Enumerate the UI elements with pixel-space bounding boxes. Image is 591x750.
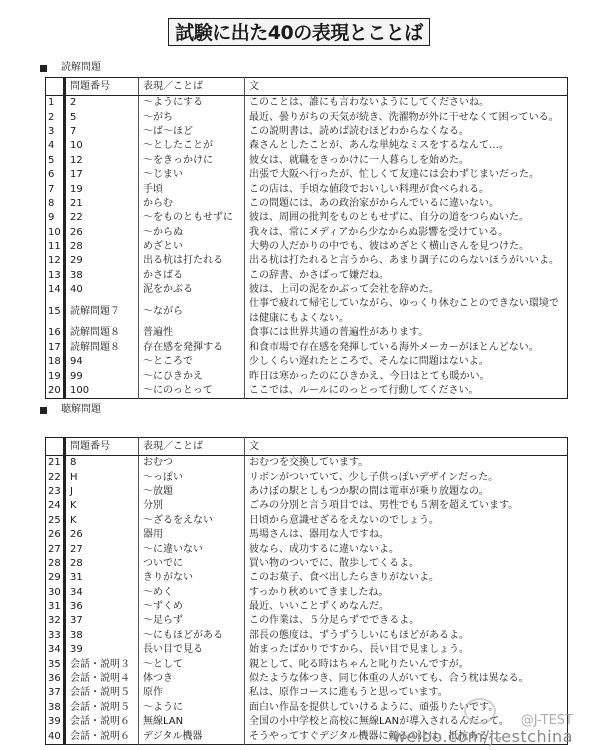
table-row: 2931きりがないこのお菓子、食べ出したらきりがないよ。 <box>46 571 568 585</box>
table-row: 3136～ずくめ最近、いいことずくめなんだ。 <box>46 600 568 614</box>
expression: 原作 <box>139 686 245 700</box>
row-number: 16 <box>46 326 65 340</box>
question-number: 28 <box>65 240 139 254</box>
question-number: 100 <box>65 384 139 399</box>
example-sentence: 彼女は、就職をきっかけに一人暮らしを始めた。 <box>245 154 568 168</box>
example-sentence: 親として、叱る時はちゃんと叱りたいんですが。 <box>245 657 568 671</box>
header-expression: 表現／ことば <box>139 78 245 96</box>
question-number: 会話・説明６ <box>65 715 139 729</box>
table-row: 2727～に違いない彼なら、成功するに違いないよ。 <box>46 542 568 556</box>
row-number: 38 <box>46 701 65 715</box>
table-row: 22H～っぽいリボンがついていて、少し子供っぽいデザインだった。 <box>46 470 568 484</box>
table-row: 922～をものともせずに彼は、周囲の批判をものともせずに、自分の道をつらぬいた。 <box>46 211 568 225</box>
table-row: 35会話・説明３～として親として、叱る時はちゃんと叱りたいんですが。 <box>46 657 568 671</box>
expression: 体つき <box>139 672 245 686</box>
table-row: 1999～にひきかえ昨日は寒かったのにひきかえ、今日はとても暖かい。 <box>46 369 568 383</box>
table-row: 1229出る杭は打たれる出る杭は打たれると言うから、あまり調子にのらないほうがい… <box>46 254 568 268</box>
question-number: 12 <box>65 154 139 168</box>
example-sentence: 日頃から意識せざるをえないのでしょう。 <box>245 514 568 528</box>
question-number: 26 <box>65 528 139 542</box>
example-sentence: 昨日は寒かったのにひきかえ、今日はとても暖かい。 <box>245 369 568 383</box>
example-sentence: 始まったばかりですから、長い目で見ましょう。 <box>245 643 568 657</box>
question-number: 会話・説明５ <box>65 701 139 715</box>
question-number: 40 <box>65 283 139 297</box>
question-number: 27 <box>65 542 139 556</box>
expression: きりがない <box>139 571 245 585</box>
example-sentence: 出張で大阪へ行ったが、忙しくて友達には会わずじまいだった。 <box>245 168 568 182</box>
expression: ～がち <box>139 110 245 124</box>
question-number: 17 <box>65 168 139 182</box>
example-sentence: 少しくらい遅れたところで、そんなに問題はないよ。 <box>245 355 568 369</box>
question-number: K <box>65 499 139 513</box>
expression: 分別 <box>139 499 245 513</box>
example-sentence: 食事には世界共通の普遍性があります。 <box>245 326 568 340</box>
table-row: 37会話・説明５原作私は、原作コースに進もうと思っています。 <box>46 686 568 700</box>
question-number: H <box>65 470 139 484</box>
expression: ～をものともせずに <box>139 211 245 225</box>
question-number: K <box>65 514 139 528</box>
question-number: 22 <box>65 211 139 225</box>
expression: 出る杭は打たれる <box>139 254 245 268</box>
table-row: 1894～ところで少しくらい遅れたところで、そんなに問題はないよ。 <box>46 355 568 369</box>
table-row: 512～をきっかけに彼女は、就職をきっかけに一人暮らしを始めた。 <box>46 154 568 168</box>
row-number: 11 <box>46 240 65 254</box>
table-row: 1440泥をかぶる彼は、上司の泥をかぶって会社を辞めた。 <box>46 283 568 297</box>
question-number: 10 <box>65 139 139 153</box>
expression: 長い目で見る <box>139 643 245 657</box>
row-number: 25 <box>46 514 65 528</box>
expression: ～じまい <box>139 168 245 182</box>
expression: ～ば～ほど <box>139 125 245 139</box>
question-number: 読解問題８ <box>65 341 139 355</box>
table-row: 2828ついでに買い物のついでに、散歩してくるよ。 <box>46 557 568 571</box>
table-row: 20100～にのっとってここでは、ルールにのっとって行動してください。 <box>46 384 568 399</box>
table-row: 17読解問題８存在感を発揮する和食市場で存在感を発揮している海外メーカーがほとん… <box>46 341 568 355</box>
example-sentence: 我々は、常にメディアから少なからぬ影響を受けている。 <box>245 226 568 240</box>
example-sentence: 買い物のついでに、散歩してくるよ。 <box>245 557 568 571</box>
expression: 手頃 <box>139 182 245 196</box>
header-sentence: 文 <box>245 78 568 96</box>
row-number: 15 <box>46 297 65 326</box>
expression: めざとい <box>139 240 245 254</box>
expression: 泥をかぶる <box>139 283 245 297</box>
example-sentence: 森さんとしたことが、あんな単純なミスをするなんて…。 <box>245 139 568 153</box>
row-number: 3 <box>46 125 65 139</box>
table-row: 16読解問題８普遍性食事には世界共通の普遍性があります。 <box>46 326 568 340</box>
table-row: 37～ば～ほどこの説明書は、読めば読むほどわからなくなる。 <box>46 125 568 139</box>
row-number: 34 <box>46 643 65 657</box>
reading-expressions-table: 問題番号 表現／ことば 文 12～ようにするこのことは、誰にも言わないようにして… <box>45 77 568 399</box>
row-number: 33 <box>46 629 65 643</box>
example-sentence: おむつを交換しています。 <box>245 456 568 471</box>
expression: ～にもほどがある <box>139 629 245 643</box>
expression: ～放題 <box>139 485 245 499</box>
question-number: 21 <box>65 197 139 211</box>
row-number: 12 <box>46 254 65 268</box>
row-number: 36 <box>46 672 65 686</box>
watermark: @J-TEST weibo.com/jtestchina <box>393 714 573 746</box>
table-row: 3439長い目で見る始まったばかりですから、長い目で見ましょう。 <box>46 643 568 657</box>
example-sentence: すっかり秋めいてきましたね。 <box>245 586 568 600</box>
expression: デジタル機器 <box>139 729 245 744</box>
row-number: 13 <box>46 269 65 283</box>
example-sentence: 最近、曇りがちの天気が続き、洗濯物が外に干せなくて困っている。 <box>245 110 568 124</box>
expression: ～めく <box>139 586 245 600</box>
header-index <box>46 438 65 456</box>
expression: ～ところで <box>139 355 245 369</box>
square-bullet-icon <box>40 407 47 414</box>
row-number: 19 <box>46 369 65 383</box>
expression: ～ながら <box>139 297 245 326</box>
row-number: 14 <box>46 283 65 297</box>
example-sentence: リボンがついていて、少し子供っぽいデザインだった。 <box>245 470 568 484</box>
question-number: 39 <box>65 643 139 657</box>
table-header-row: 問題番号 表現／ことば 文 <box>46 78 568 96</box>
table-row: 3338～にもほどがある部長の態度は、ずうずうしいにもほどがあるよ。 <box>46 629 568 643</box>
table-header-row: 問題番号 表現／ことば 文 <box>46 438 568 456</box>
table-row: 12～ようにするこのことは、誰にも言わないようにしてくださいね。 <box>46 96 568 111</box>
row-number: 40 <box>46 729 65 744</box>
expression: ～としたことが <box>139 139 245 153</box>
example-sentence: 出る杭は打たれると言うから、あまり調子にのらないほうがいいよ。 <box>245 254 568 268</box>
example-sentence: このお菓子、食べ出したらきりがないよ。 <box>245 571 568 585</box>
example-sentence: 部長の態度は、ずうずうしいにもほどがあるよ。 <box>245 629 568 643</box>
expression: ～として <box>139 657 245 671</box>
row-number: 1 <box>46 96 65 111</box>
header-expression: 表現／ことば <box>139 438 245 456</box>
row-number: 23 <box>46 485 65 499</box>
question-number: 38 <box>65 629 139 643</box>
row-number: 21 <box>46 456 65 471</box>
question-number: 34 <box>65 586 139 600</box>
question-number: 94 <box>65 355 139 369</box>
example-sentence: この作業は、５分足らずでできるよ。 <box>245 614 568 628</box>
row-number: 9 <box>46 211 65 225</box>
row-number: 17 <box>46 341 65 355</box>
section-label-reading: 読解問題 <box>40 62 101 74</box>
table-row: 410～としたことが森さんとしたことが、あんな単純なミスをするなんて…。 <box>46 139 568 153</box>
row-number: 22 <box>46 470 65 484</box>
expression: ～足らず <box>139 614 245 628</box>
watermark-handle: @J-TEST <box>393 714 573 728</box>
question-number: 読解問題７ <box>65 297 139 326</box>
row-number: 8 <box>46 197 65 211</box>
row-number: 6 <box>46 168 65 182</box>
example-sentence: このことは、誰にも言わないようにしてくださいね。 <box>245 96 568 111</box>
question-number: 会話・説明６ <box>65 729 139 744</box>
row-number: 39 <box>46 715 65 729</box>
question-number: 7 <box>65 125 139 139</box>
example-sentence: この辞書、かさばって嫌だね。 <box>245 269 568 283</box>
question-number: 8 <box>65 456 139 471</box>
expression: ～からぬ <box>139 226 245 240</box>
listening-expressions-table: 問題番号 表現／ことば 文 218おむつおむつを交換しています。22H～っぽいリ… <box>45 437 568 745</box>
expression: ～ざるをえない <box>139 514 245 528</box>
section-title: 読解問題 <box>61 62 101 74</box>
example-sentence: 私は、原作コースに進もうと思っています。 <box>245 686 568 700</box>
expression: ～にひきかえ <box>139 369 245 383</box>
example-sentence: 面白い作品を提供していけるように、頑張りたいです。 <box>245 701 568 715</box>
expression: かさばる <box>139 269 245 283</box>
example-sentence: この説明書は、読めば読むほどわからなくなる。 <box>245 125 568 139</box>
example-sentence: 彼なら、成功するに違いないよ。 <box>245 542 568 556</box>
example-sentence: 仕事で疲れて帰宅していながら、ゆっくり休むことのできない環境では健康にもよくない… <box>245 297 568 326</box>
table-row: 36会話・説明４体つき似たような体つき、同じ体重の人がいても、合う枕は異なる。 <box>46 672 568 686</box>
row-number: 7 <box>46 182 65 196</box>
expression: 器用 <box>139 528 245 542</box>
expression: ～をきっかけに <box>139 154 245 168</box>
question-number: 38 <box>65 269 139 283</box>
row-number: 32 <box>46 614 65 628</box>
row-number: 37 <box>46 686 65 700</box>
question-number: 2 <box>65 96 139 111</box>
row-number: 5 <box>46 154 65 168</box>
row-number: 29 <box>46 571 65 585</box>
row-number: 26 <box>46 528 65 542</box>
row-number: 10 <box>46 226 65 240</box>
expression: からむ <box>139 197 245 211</box>
section-label-listening: 聴解問題 <box>40 404 101 416</box>
header-index <box>46 78 65 96</box>
example-sentence: 彼は、上司の泥をかぶって会社を辞めた。 <box>245 283 568 297</box>
example-sentence: あけぼの駅としもつか駅の間は電車が乗り放題なの。 <box>245 485 568 499</box>
question-number: 31 <box>65 571 139 585</box>
table-row: 3034～めくすっかり秋めいてきましたね。 <box>46 586 568 600</box>
row-number: 27 <box>46 542 65 556</box>
watermark-url: weibo.com/jtestchina <box>393 728 573 746</box>
table-row: 25～がち最近、曇りがちの天気が続き、洗濯物が外に干せなくて困っている。 <box>46 110 568 124</box>
expression: 普遍性 <box>139 326 245 340</box>
table-row: 1128めざとい大勢の人だかりの中でも、彼はめざとく横山さんを見つけた。 <box>46 240 568 254</box>
expression: ～ずくめ <box>139 600 245 614</box>
question-number: 37 <box>65 614 139 628</box>
table-row: 1338かさばるこの辞書、かさばって嫌だね。 <box>46 269 568 283</box>
example-sentence: 似たような体つき、同じ体重の人がいても、合う枕は異なる。 <box>245 672 568 686</box>
table-row: 24K分別ごみの分別と言う項目では、男性でも５割を超えています。 <box>46 499 568 513</box>
table-row: 3237～足らずこの作業は、５分足らずでできるよ。 <box>46 614 568 628</box>
table-row: 719手頃この店は、手頃な値段でおいしい料理が食べられる。 <box>46 182 568 196</box>
square-bullet-icon <box>40 65 47 72</box>
expression: ついでに <box>139 557 245 571</box>
table-row: 25K～ざるをえない日頃から意識せざるをえないのでしょう。 <box>46 514 568 528</box>
section-title: 聴解問題 <box>61 404 101 416</box>
expression: ～にのっとって <box>139 384 245 399</box>
table-row: 617～じまい出張で大阪へ行ったが、忙しくて友達には会わずじまいだった。 <box>46 168 568 182</box>
example-sentence: ここでは、ルールにのっとって行動してください。 <box>245 384 568 399</box>
row-number: 28 <box>46 557 65 571</box>
question-number: 29 <box>65 254 139 268</box>
row-number: 4 <box>46 139 65 153</box>
expression: ～ようにする <box>139 96 245 111</box>
page-title: 試験に出た40の表現とことば <box>168 18 430 46</box>
question-number: 会話・説明３ <box>65 657 139 671</box>
expression: 存在感を発揮する <box>139 341 245 355</box>
header-sentence: 文 <box>245 438 568 456</box>
header-question-number: 問題番号 <box>65 438 139 456</box>
example-sentence: 大勢の人だかりの中でも、彼はめざとく横山さんを見つけた。 <box>245 240 568 254</box>
header-question-number: 問題番号 <box>65 78 139 96</box>
row-number: 30 <box>46 586 65 600</box>
expression: おむつ <box>139 456 245 471</box>
row-number: 2 <box>46 110 65 124</box>
expression: ～ように <box>139 701 245 715</box>
example-sentence: 彼は、周囲の批判をものともせずに、自分の道をつらぬいた。 <box>245 211 568 225</box>
question-number: 5 <box>65 110 139 124</box>
question-number: 36 <box>65 600 139 614</box>
example-sentence: 馬場さんは、器用な人ですね。 <box>245 528 568 542</box>
question-number: 会話・説明４ <box>65 672 139 686</box>
row-number: 18 <box>46 355 65 369</box>
row-number: 20 <box>46 384 65 399</box>
example-sentence: 和食市場で存在感を発揮している海外メーカーがほとんどない。 <box>245 341 568 355</box>
question-number: 28 <box>65 557 139 571</box>
table-row: 15読解問題７～ながら仕事で疲れて帰宅していながら、ゆっくり休むことのできない環… <box>46 297 568 326</box>
table-row: 2626器用馬場さんは、器用な人ですね。 <box>46 528 568 542</box>
example-sentence: ごみの分別と言う項目では、男性でも５割を超えています。 <box>245 499 568 513</box>
example-sentence: この店は、手頃な値段でおいしい料理が食べられる。 <box>245 182 568 196</box>
question-number: 99 <box>65 369 139 383</box>
table-row: 23J～放題あけぼの駅としもつか駅の間は電車が乗り放題なの。 <box>46 485 568 499</box>
expression: 無線LAN <box>139 715 245 729</box>
question-number: 会話・説明５ <box>65 686 139 700</box>
example-sentence: この問題には、あの政治家がからんでいるに違いない。 <box>245 197 568 211</box>
row-number: 31 <box>46 600 65 614</box>
expression: ～に違いない <box>139 542 245 556</box>
question-number: J <box>65 485 139 499</box>
table-row: 1026～からぬ我々は、常にメディアから少なからぬ影響を受けている。 <box>46 226 568 240</box>
row-number: 24 <box>46 499 65 513</box>
expression: ～っぽい <box>139 470 245 484</box>
example-sentence: 最近、いいことずくめなんだ。 <box>245 600 568 614</box>
question-number: 読解問題８ <box>65 326 139 340</box>
table-row: 218おむつおむつを交換しています。 <box>46 456 568 471</box>
question-number: 19 <box>65 182 139 196</box>
table-row: 821からむこの問題には、あの政治家がからんでいるに違いない。 <box>46 197 568 211</box>
question-number: 26 <box>65 226 139 240</box>
row-number: 35 <box>46 657 65 671</box>
